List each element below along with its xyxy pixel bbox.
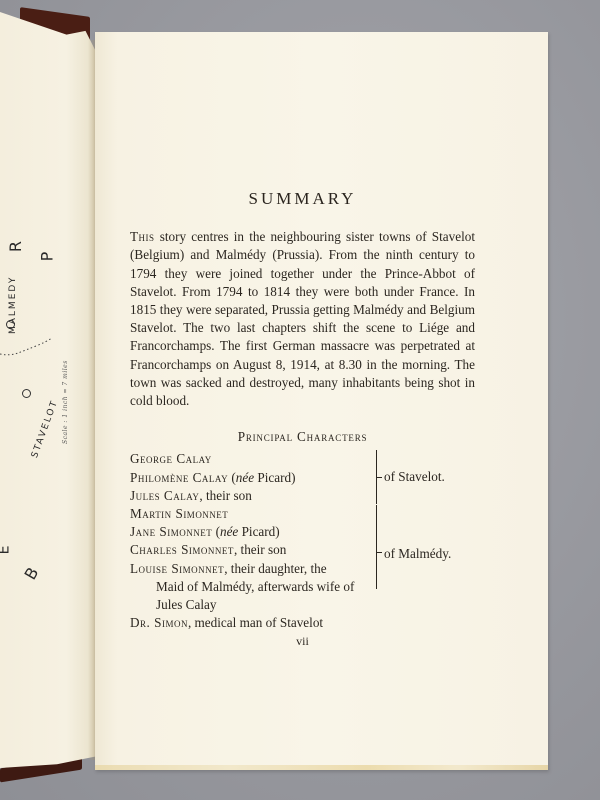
map-glyph: P <box>37 252 56 262</box>
page-title: SUMMARY <box>130 190 475 208</box>
section-heading: Principal Characters <box>130 428 475 446</box>
page-number: vii <box>130 632 475 650</box>
border-line <box>0 332 60 362</box>
map-glyph: R <box>6 241 25 252</box>
character-group-malmedy: Martin Simonnet Jane Simonnet (née Picar… <box>130 505 475 614</box>
character-entry: Dr. Simon, medical man of Stavelot <box>130 614 475 632</box>
brace-tip <box>377 477 382 478</box>
map-glyph: B <box>21 564 43 583</box>
character-entry: Martin Simonnet <box>130 505 475 523</box>
town-marker-stavelot <box>22 389 31 398</box>
map-scale-label: Scale : 1 inch = 7 miles <box>62 360 69 444</box>
group-place-malmedy: of Malmédy. <box>384 545 451 563</box>
character-entry: Jules Calay, their son <box>130 487 475 505</box>
character-entry: George Calay <box>130 450 475 468</box>
brace-malmedy <box>376 505 377 589</box>
group-place-stavelot: of Stavelot. <box>384 468 445 486</box>
character-entry: Jane Simonnet (née Picard) <box>130 523 475 541</box>
character-entry-continued: Jules Calay <box>130 596 475 614</box>
summary-text: story centres in the neighbouring sister… <box>130 229 475 408</box>
lead-in: This <box>130 229 155 244</box>
brace-tip <box>377 552 382 553</box>
summary-paragraph: This story centres in the neighbouring s… <box>130 228 475 410</box>
character-list: George Calay Philomène Calay (née Picard… <box>130 450 475 632</box>
map-label-stavelot: STAVELOT <box>30 398 60 459</box>
character-entry-continued: Maid of Malmédy, afterwards wife of <box>130 578 475 596</box>
page-edge-foxing <box>95 765 548 770</box>
map-label-malmedy: MALMEDY <box>8 276 18 334</box>
character-group-stavelot: George Calay Philomène Calay (née Picard… <box>130 450 475 505</box>
left-page-map: R P MALMEDY STAVELOT Scale : 1 inch = 7 … <box>0 12 95 768</box>
map-glyph: E <box>0 546 12 555</box>
summary-page-text: SUMMARY This story centres in the neighb… <box>130 190 475 651</box>
